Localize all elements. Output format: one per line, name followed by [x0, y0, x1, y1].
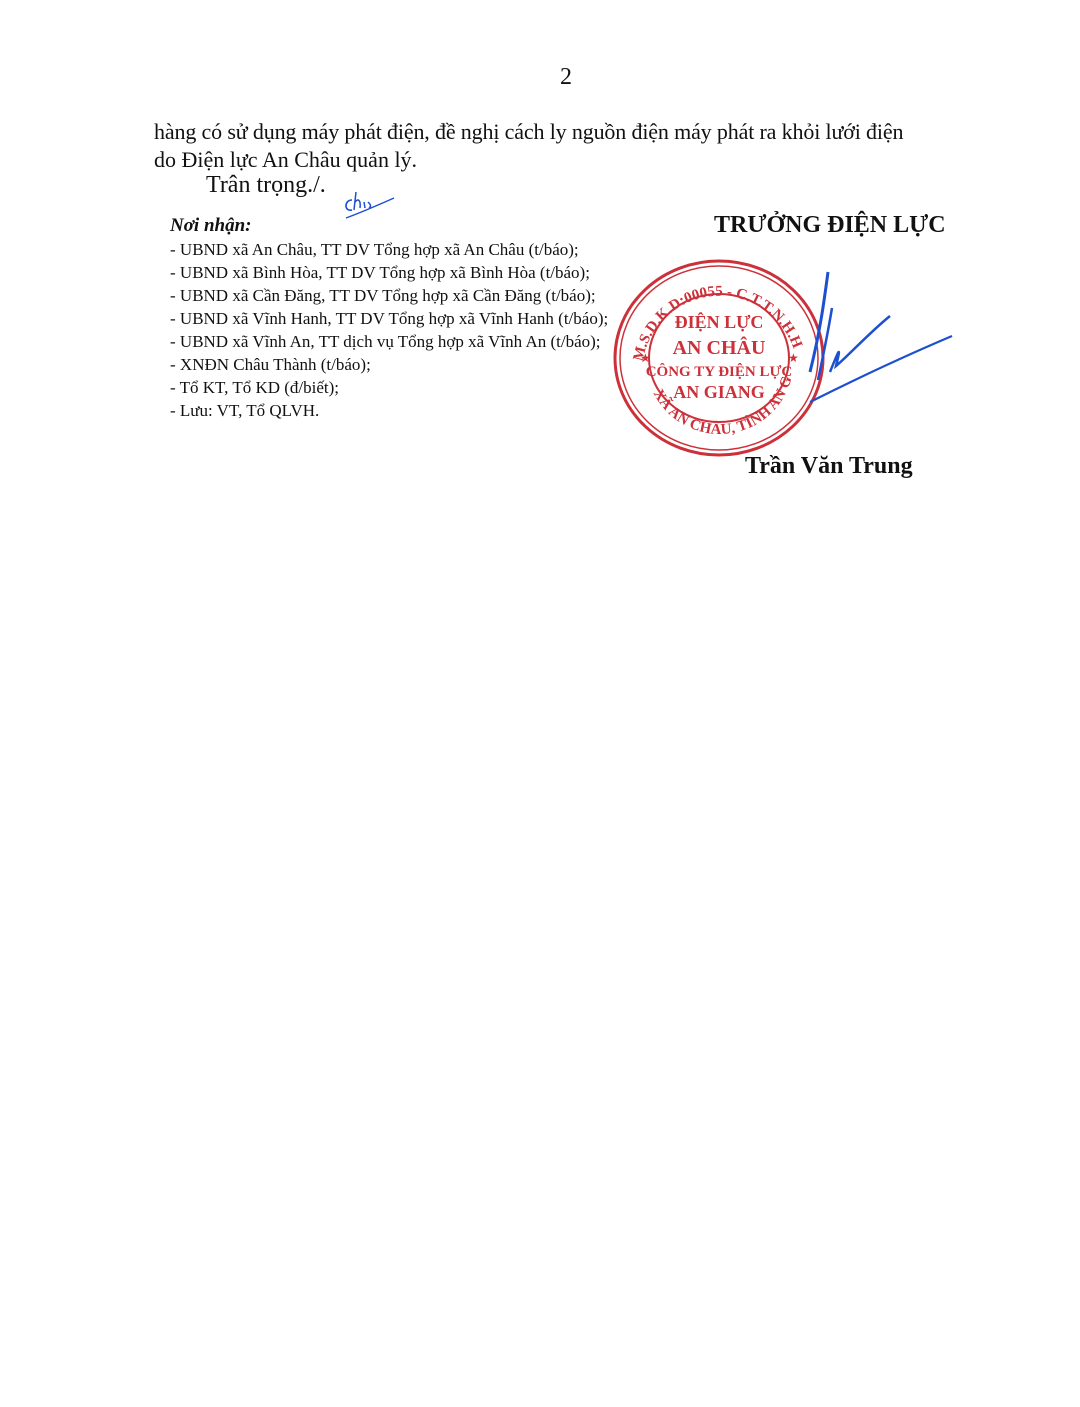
recipient-item: - UBND xã Vĩnh Hanh, TT DV Tổng hợp xã V…	[170, 307, 608, 330]
recipient-item: - UBND xã Bình Hòa, TT DV Tổng hợp xã Bì…	[170, 261, 608, 284]
recipients-list: Nơi nhận: - UBND xã An Châu, TT DV Tổng …	[170, 214, 608, 422]
handwritten-signature-icon	[780, 262, 960, 422]
signer-name: Trần Văn Trung	[745, 453, 913, 480]
closing-text: Trân trọng./.	[206, 172, 326, 199]
recipient-item: - UBND xã An Châu, TT DV Tổng hợp xã An …	[170, 238, 608, 261]
svg-text:★: ★	[640, 351, 651, 365]
recipients-heading: Nơi nhận:	[170, 214, 608, 238]
body-line-2: do Điện lực An Châu quản lý.	[154, 146, 417, 174]
recipient-item: - Tổ KT, Tổ KD (đ/biết);	[170, 376, 608, 399]
stamp-line-3: CÔNG TY ĐIỆN LỰC	[646, 363, 793, 380]
body-line-1: hàng có sử dụng máy phát điện, đề nghị c…	[154, 118, 903, 146]
stamp-line-2: AN CHÂU	[673, 335, 766, 359]
recipient-item: - UBND xã Vĩnh An, TT dịch vụ Tổng hợp x…	[170, 330, 608, 353]
signer-title: TRƯỞNG ĐIỆN LỰC	[714, 212, 946, 239]
recipient-item: - UBND xã Cần Đăng, TT DV Tổng hợp xã Cầ…	[170, 284, 608, 307]
stamp-line-1: ĐIỆN LỰC	[675, 311, 764, 332]
stamp-line-4: AN GIANG	[673, 382, 765, 402]
recipient-item: - XNĐN Châu Thành (t/báo);	[170, 353, 608, 376]
recipient-item: - Lưu: VT, Tổ QLVH.	[170, 399, 608, 422]
page-number: 2	[0, 64, 1080, 91]
